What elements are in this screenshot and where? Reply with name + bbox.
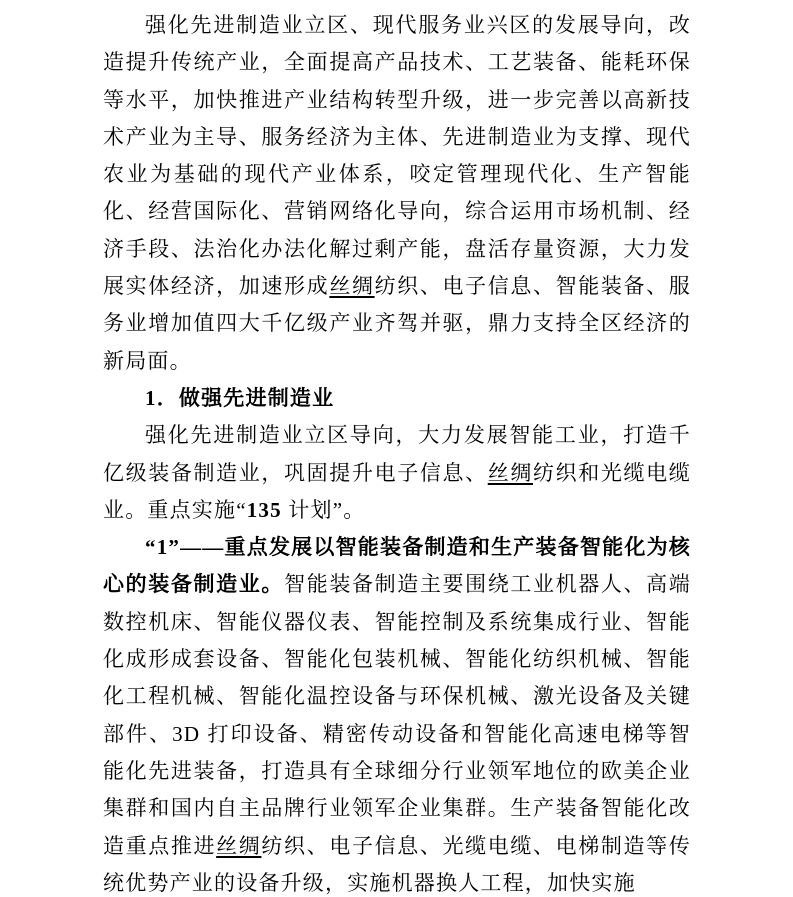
body-paragraph: 强化先进制造业立区导向，大力发展智能工业，打造千亿级装备制造业，巩固提升电子信息… [103,417,691,529]
text-run-underline: 丝绸 [216,834,261,858]
section-heading: 1．做强先进制造业 [103,380,691,417]
document-page: 强化先进制造业立区、现代服务业兴区的发展导向，改造提升传统产业，全面提高产品技术… [0,0,793,897]
text-run-bold: 1．做强先进制造业 [145,386,334,410]
text-run-underline: 丝绸 [488,461,533,485]
text-run-bold: 135 [247,498,282,522]
text-run-normal: 计划”。 [282,498,366,522]
text-run-normal: 强化先进制造业立区、现代服务业兴区的发展导向，改造提升传统产业，全面提高产品技术… [103,13,691,298]
body-paragraph: “1”——重点发展以智能装备制造和生产装备智能化为核心的装备制造业。智能装备制造… [103,529,691,897]
text-run-normal: 智能装备制造主要围绕工业机器人、高端数控机床、智能仪器仪表、智能控制及系统集成行… [103,572,691,857]
document-text-body: 强化先进制造业立区、现代服务业兴区的发展导向，改造提升传统产业，全面提高产品技术… [103,7,691,897]
body-paragraph: 强化先进制造业立区、现代服务业兴区的发展导向，改造提升传统产业，全面提高产品技术… [103,7,691,380]
text-run-underline: 丝绸 [329,274,374,298]
